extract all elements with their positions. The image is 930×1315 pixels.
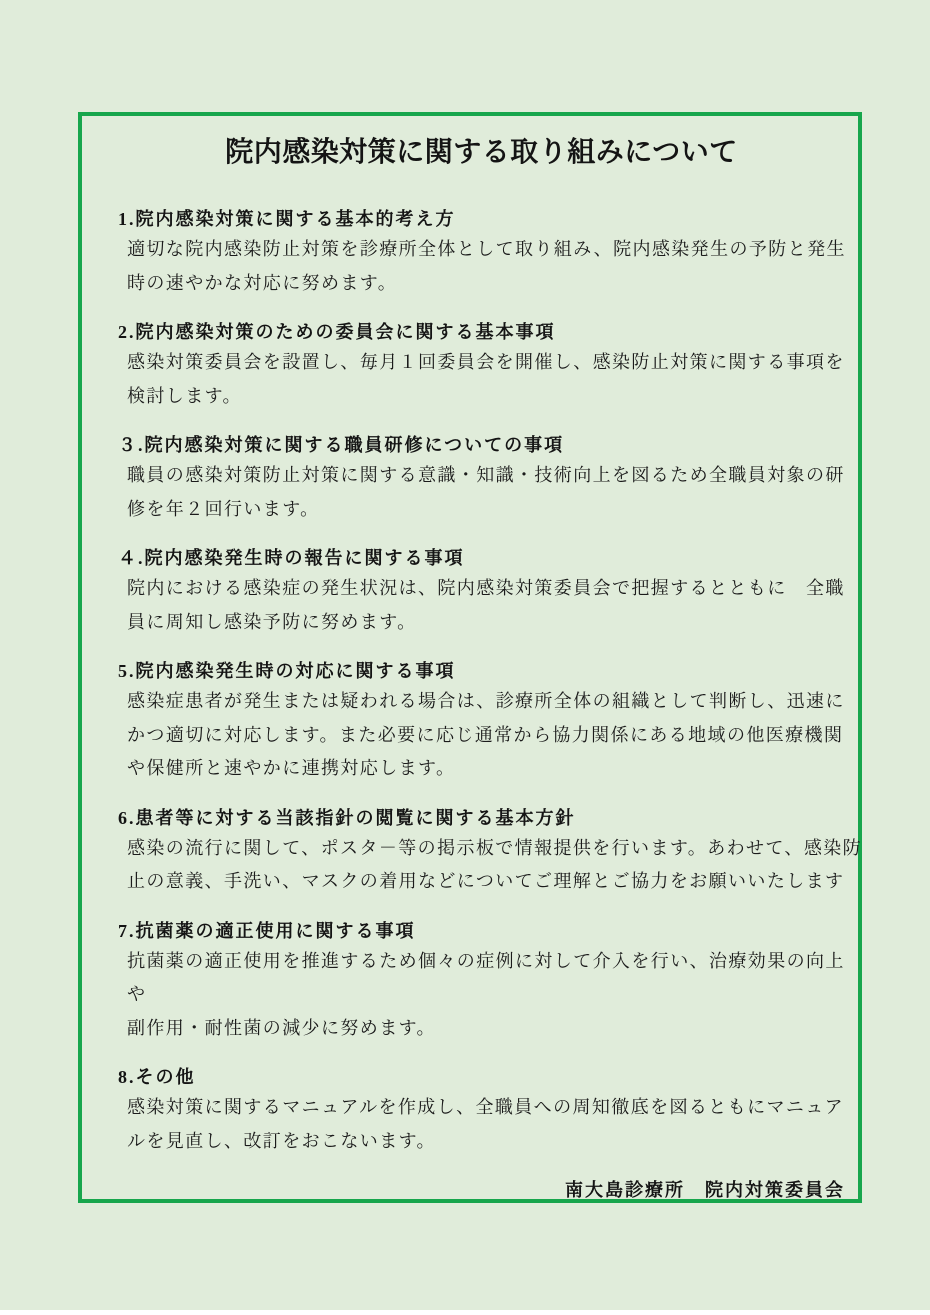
section: ４.院内感染発生時の報告に関する事項院内における感染症の発生状況は、院内感染対策… (118, 544, 845, 639)
section-body-line: 感染症患者が発生または疑われる場合は、診療所全体の組織として判断し、迅速に (127, 685, 845, 719)
page-background: { "page": { "background_color": "#e0ecda… (0, 0, 930, 1315)
section-heading: 2.院内感染対策のための委員会に関する基本事項 (118, 318, 845, 346)
section-body-line: や (127, 978, 845, 1012)
section-body-line: 抗菌薬の適正使用を推進するため個々の症例に対して介入を行い、治療効果の向上 (127, 945, 845, 979)
section-body: 適切な院内感染防止対策を診療所全体として取り組み、院内感染発生の予防と発生時の速… (118, 233, 845, 300)
section-body: 抗菌薬の適正使用を推進するため個々の症例に対して介入を行い、治療効果の向上や副作… (118, 945, 845, 1046)
section-body: 感染対策に関するマニュアルを作成し、全職員への周知徹底を図るともにマニュアルを見… (118, 1091, 845, 1158)
section-body-line: 感染の流行に関して、ポスタ－等の掲示板で情報提供を行います。あわせて、感染防 (127, 832, 845, 866)
sections-container: 1.院内感染対策に関する基本的考え方適切な院内感染防止対策を診療所全体として取り… (118, 205, 845, 1158)
section-body: 感染対策委員会を設置し、毎月１回委員会を開催し、感染防止対策に関する事項を検討し… (118, 346, 845, 413)
section-body: 感染症患者が発生または疑われる場合は、診療所全体の組織として判断し、迅速にかつ適… (118, 685, 845, 786)
section: 6.患者等に対する当該指針の閲覧に関する基本方針感染の流行に関して、ポスタ－等の… (118, 804, 845, 899)
notice-box: 院内感染対策に関する取り組みについて 1.院内感染対策に関する基本的考え方適切な… (78, 112, 862, 1203)
bottom-white-strip (0, 1310, 930, 1315)
section: 7.抗菌薬の適正使用に関する事項抗菌薬の適正使用を推進するため個々の症例に対して… (118, 917, 845, 1046)
section-heading: 8.その他 (118, 1063, 845, 1091)
section-body-line: 止の意義、手洗い、マスクの着用などについてご理解とご協力をお願いいたします (127, 865, 845, 899)
document-title: 院内感染対策に関する取り組みについて (118, 132, 845, 172)
section-body-line: 感染対策に関するマニュアルを作成し、全職員への周知徹底を図るともにマニュア (127, 1091, 845, 1125)
section-body-line: かつ適切に対応します。また必要に応じ通常から協力関係にある地域の他医療機関 (127, 719, 845, 753)
section: 1.院内感染対策に関する基本的考え方適切な院内感染防止対策を診療所全体として取り… (118, 205, 845, 300)
section-body-line: 院内における感染症の発生状況は、院内感染対策委員会で把握するとともに 全職 (127, 572, 845, 606)
section: ３.院内感染対策に関する職員研修についての事項職員の感染対策防止対策に関する意識… (118, 431, 845, 526)
section-body: 職員の感染対策防止対策に関する意識・知識・技術向上を図るため全職員対象の研修を年… (118, 459, 845, 526)
section-body-line: 員に周知し感染予防に努めます。 (127, 606, 845, 640)
section-body: 感染の流行に関して、ポスタ－等の掲示板で情報提供を行います。あわせて、感染防止の… (118, 832, 845, 899)
section-body-line: ルを見直し、改訂をおこないます。 (127, 1125, 845, 1159)
section-body: 院内における感染症の発生状況は、院内感染対策委員会で把握するとともに 全職員に周… (118, 572, 845, 639)
section-body-line: 副作用・耐性菌の減少に努めます。 (127, 1012, 845, 1046)
signature: 南大島診療所 院内対策委員会 (118, 1176, 845, 1204)
section-heading: ３.院内感染対策に関する職員研修についての事項 (118, 431, 845, 459)
section-heading: 7.抗菌薬の適正使用に関する事項 (118, 917, 845, 945)
section-heading: 5.院内感染発生時の対応に関する事項 (118, 657, 845, 685)
section-heading: 6.患者等に対する当該指針の閲覧に関する基本方針 (118, 804, 845, 832)
section-body-line: 検討します。 (127, 380, 845, 414)
section-heading: 1.院内感染対策に関する基本的考え方 (118, 205, 845, 233)
section-body-line: 職員の感染対策防止対策に関する意識・知識・技術向上を図るため全職員対象の研 (127, 459, 845, 493)
section-body-line: 修を年２回行います。 (127, 493, 845, 527)
section-body-line: 適切な院内感染防止対策を診療所全体として取り組み、院内感染発生の予防と発生 (127, 233, 845, 267)
section-body-line: や保健所と速やかに連携対応します。 (127, 752, 845, 786)
section: 2.院内感染対策のための委員会に関する基本事項感染対策委員会を設置し、毎月１回委… (118, 318, 845, 413)
section-body-line: 時の速やかな対応に努めます。 (127, 267, 845, 301)
section-body-line: 感染対策委員会を設置し、毎月１回委員会を開催し、感染防止対策に関する事項を (127, 346, 845, 380)
section-heading: ４.院内感染発生時の報告に関する事項 (118, 544, 845, 572)
section: 5.院内感染発生時の対応に関する事項感染症患者が発生または疑われる場合は、診療所… (118, 657, 845, 786)
section: 8.その他感染対策に関するマニュアルを作成し、全職員への周知徹底を図るともにマニ… (118, 1063, 845, 1158)
